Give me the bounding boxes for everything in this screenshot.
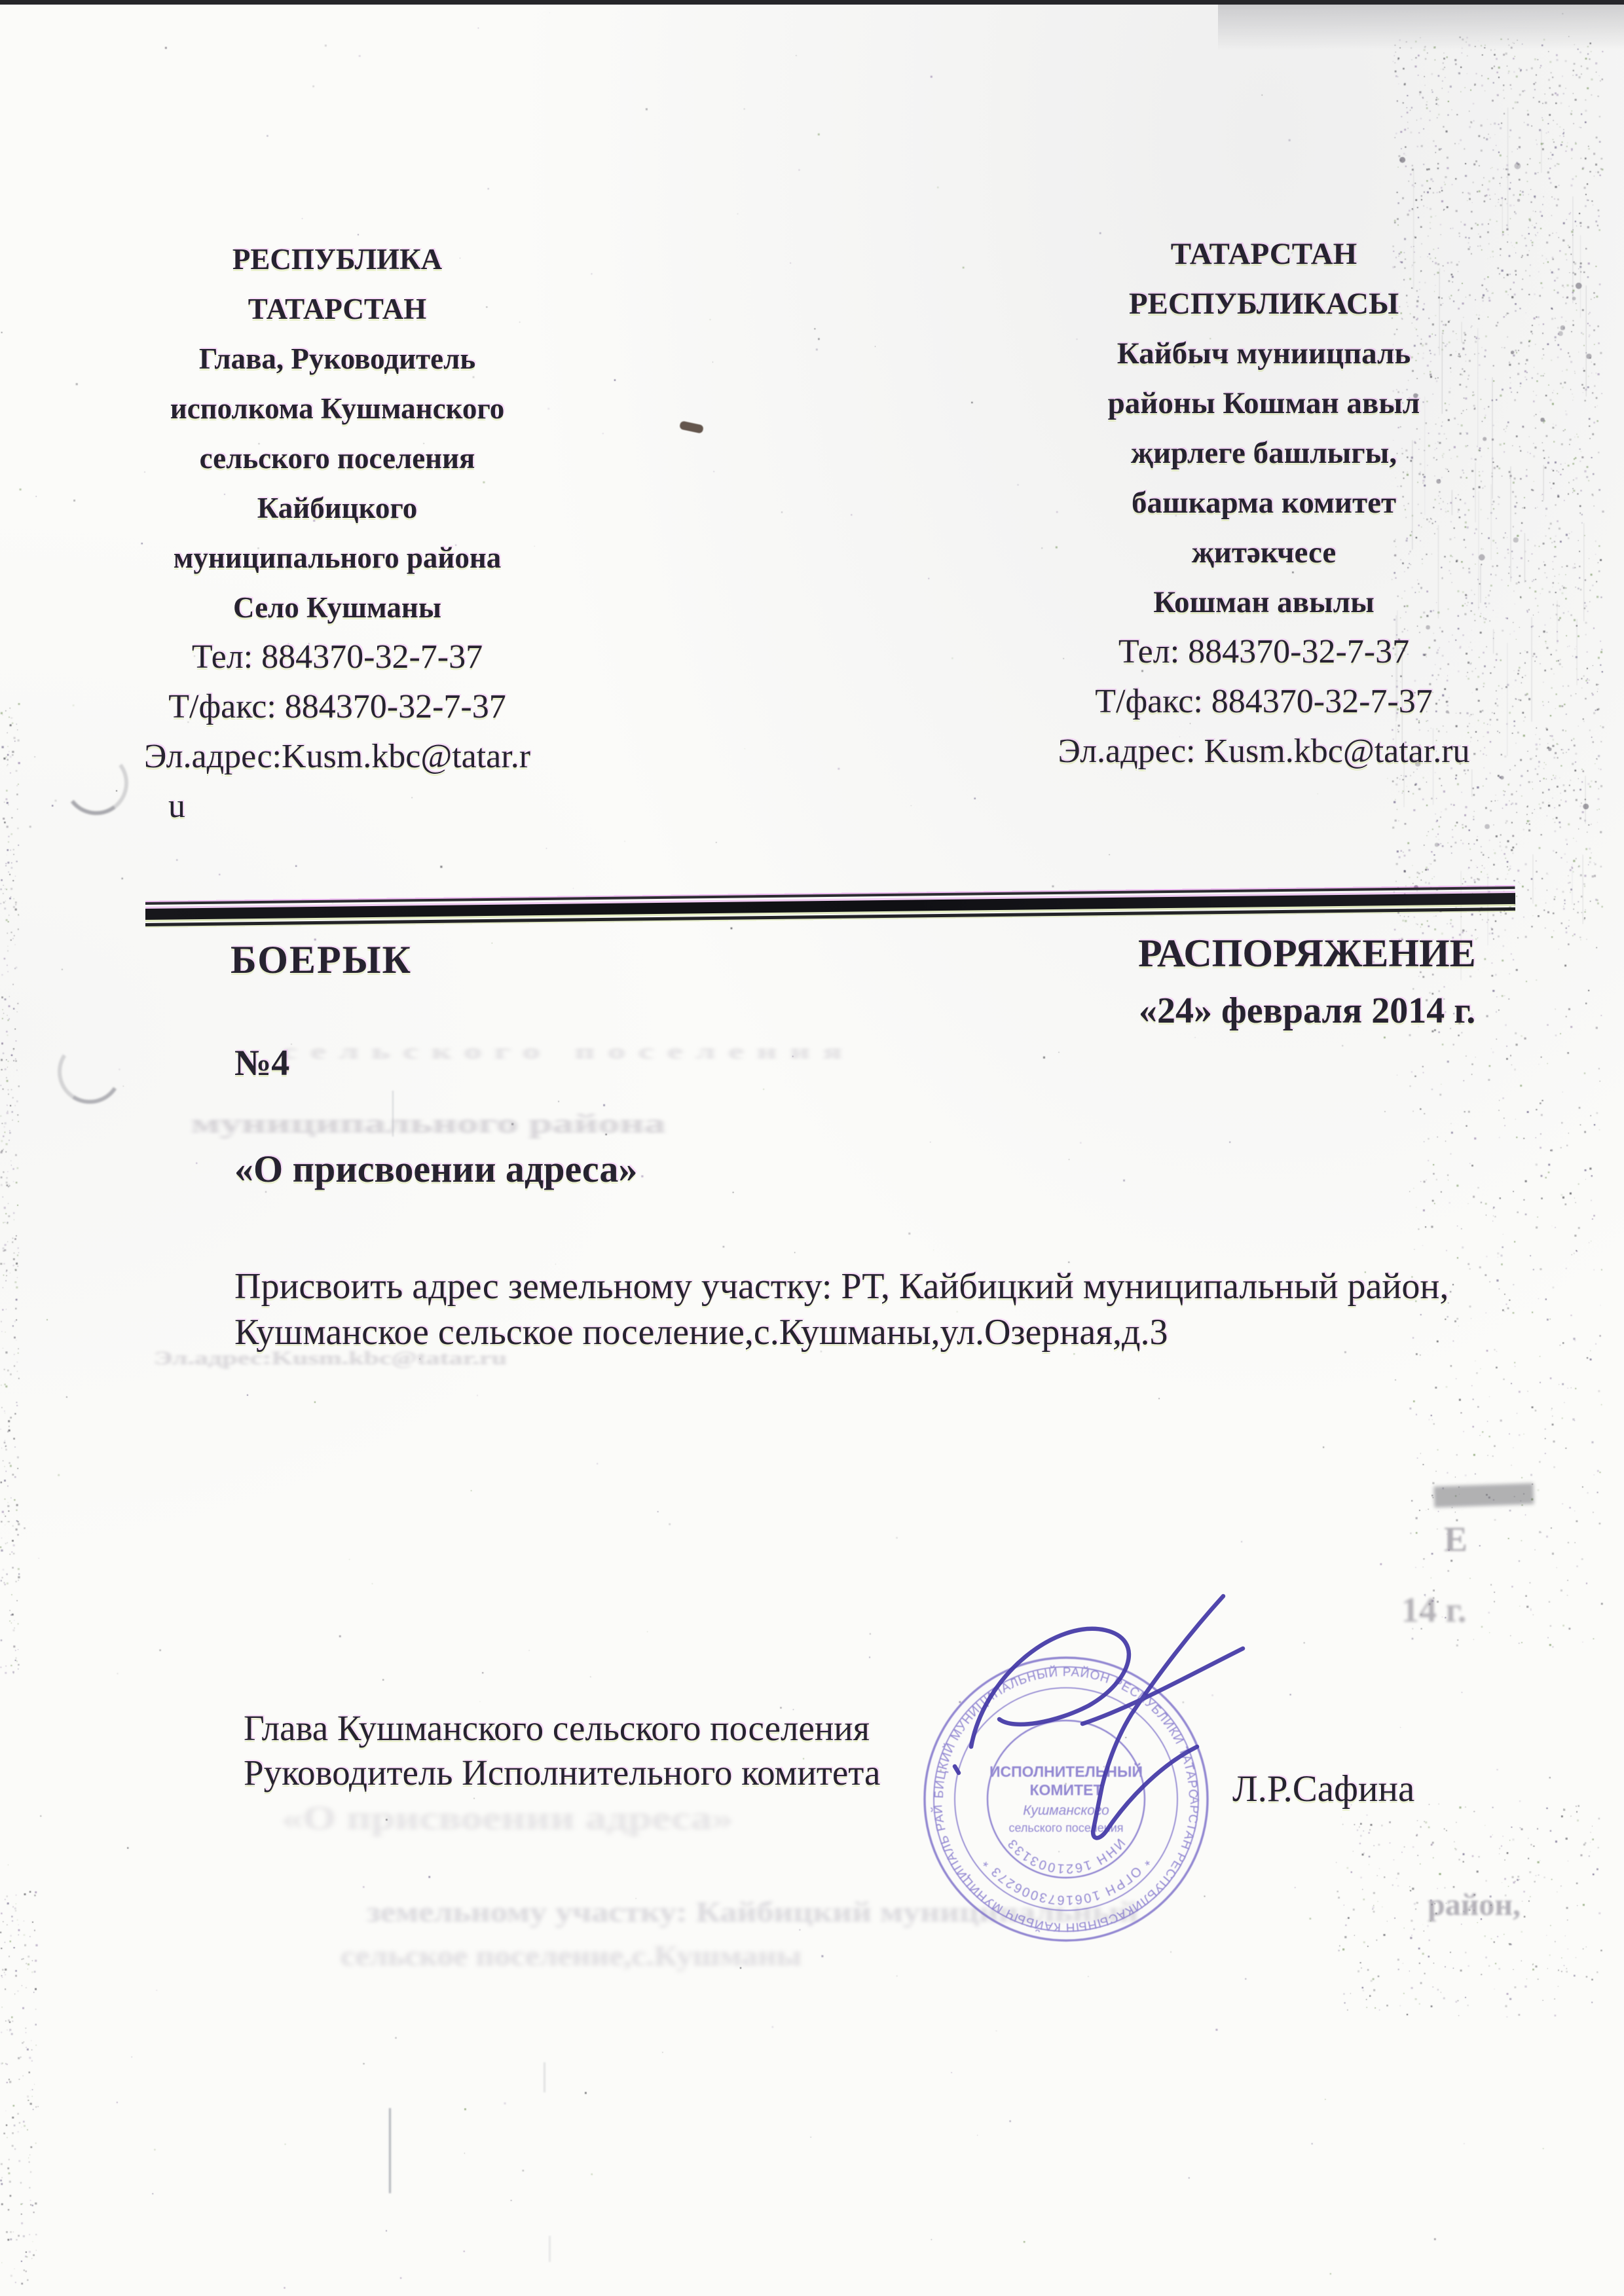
letterhead-line: җирлеге башлыгы, (1019, 428, 1509, 478)
letterhead-line: исполкома Кушманского (95, 384, 580, 433)
ghost-echo-text: район, (1428, 1887, 1521, 1923)
scan-tick-mark (549, 2236, 551, 2262)
letterhead-line: Глава, Руководитель (95, 334, 580, 384)
letterhead-line: башкарма комитет (1019, 478, 1509, 528)
letterhead-line: районы Кошман авыл (1019, 378, 1509, 428)
letterhead-line: Село Кушманы (95, 583, 580, 632)
fax-line: Т/факс: 884370-32-7-37 (1019, 677, 1509, 727)
body-text-line-2: Кушманское сельское поселение,с.Кушманы,… (234, 1311, 1168, 1353)
phone-line: Тел: 884370-32-7-37 (1019, 627, 1509, 677)
letterhead-left-column: РЕСПУБЛИКА ТАТАРСТАН Глава, Руководитель… (95, 234, 580, 831)
handwritten-signature (915, 1570, 1269, 1884)
scanned-document-page: РЕСПУБЛИКА ТАТАРСТАН Глава, Руководитель… (0, 0, 1624, 2296)
ghost-echo-text: «О присвоении адреса» (282, 1799, 733, 1838)
order-label-russian: РАСПОРЯЖЕНИЕ (1138, 931, 1476, 976)
body-text-line-1: Присвоить адрес земельному участку: РТ, … (234, 1266, 1449, 1307)
letterhead-line: сельского поселения (95, 433, 580, 483)
letterhead-line: ТАТАРСТАН (1019, 229, 1509, 279)
letterhead-line: РЕСПУБЛИКА (95, 234, 580, 284)
order-title: «О присвоении адреса» (234, 1147, 637, 1191)
letterhead-line: РЕСПУБЛИКАСЫ (1019, 279, 1509, 329)
letterhead-right-column: ТАТАРСТАН РЕСПУБЛИКАСЫ Кайбыч муниицпаль… (1019, 229, 1509, 776)
order-number: №4 (234, 1042, 289, 1084)
ghost-echo-text: сельское поселение,с.Кушманы (341, 1939, 802, 1973)
letterhead-line: Кайбицкого (95, 483, 580, 533)
email-line-wrap: u (95, 782, 580, 831)
ghost-echo-fragment: 14 г. (1401, 1590, 1466, 1630)
phone-line: Тел: 884370-32-7-37 (95, 632, 580, 682)
email-line: Эл.адрес: Kusm.kbc@tatar.ru (1019, 727, 1509, 776)
signature-title-line-1: Глава Кушманского сельского поселения (244, 1707, 870, 1749)
letterhead-line: Кошман авылы (1019, 577, 1509, 627)
ghost-smudge (1433, 1483, 1534, 1507)
scan-corner-shade (1218, 5, 1624, 50)
ghost-echo-text: сельского поселения (282, 1040, 855, 1065)
order-label-tatar: БОЕРЫК (231, 938, 412, 983)
letterhead-line: җитәкчесе (1019, 528, 1509, 577)
scan-top-edge (0, 0, 1624, 5)
letterhead-line: ТАТАРСТАН (95, 284, 580, 334)
email-line: Эл.адрес:Kusm.kbc@tatar.r (95, 732, 580, 782)
scan-tick-mark (544, 2062, 545, 2092)
paper-crease (389, 2108, 391, 2193)
signature-title-line-2: Руководитель Исполнительного комитета (244, 1752, 880, 1793)
letterhead-line: Кайбыч муниицпаль (1019, 329, 1509, 378)
ghost-echo-fragment: Е (1444, 1519, 1467, 1559)
order-date: «24» февраля 2014 г. (1139, 990, 1475, 1032)
letterhead-line: муниципального района (95, 533, 580, 583)
ghost-echo-text: муниципального района (191, 1108, 665, 1140)
fax-line: Т/факс: 884370-32-7-37 (95, 682, 580, 732)
paper-crease (392, 1091, 394, 1137)
